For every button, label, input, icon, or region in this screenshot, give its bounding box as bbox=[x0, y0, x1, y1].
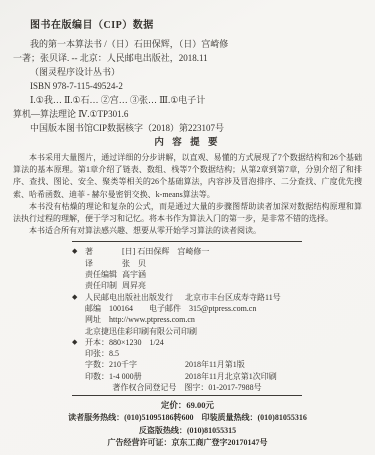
colophon-row-website: 网址 http://www.ptpress.com.cn bbox=[72, 314, 375, 325]
colophon-impression: 2018年11月北京第1次印刷 bbox=[185, 371, 277, 382]
diamond-bullet-icon: ◆ bbox=[72, 246, 85, 257]
colophon-row-author: ◆ 著 [日] 石田保辉 宫崎修一 bbox=[72, 246, 375, 257]
cip-line: （图灵程序设计丛书） bbox=[13, 65, 362, 79]
cip-line: 一著；张贝译. -- 北京：人民邮电出版社，2018.11 bbox=[13, 51, 362, 65]
price-label: 定价：69.00元 bbox=[0, 399, 375, 412]
cip-block: 我的第一本算法书 /（日）石田保辉，（日）宫崎修 一著；张贝译. -- 北京：人… bbox=[13, 37, 362, 121]
summary-title: 内 容 提 要 bbox=[0, 137, 375, 150]
summary-paragraph: 本书没有枯燥的理论和复杂的公式，而是通过大量的步骤图帮助读者加深对数据结构原理和… bbox=[13, 201, 362, 225]
colophon-text: 北京捷迅佳彩印刷有限公司印刷 bbox=[85, 326, 197, 337]
colophon-row-publisher: ◆ 人民邮电出版社出版发行 北京市丰台区成寿寺路11号 bbox=[72, 292, 375, 303]
ad-license-number: 广告经营许可证：京东工商广登字20170147号 bbox=[0, 437, 375, 450]
cip-register-number: 中国版本图书馆CIP数据核字（2018）第223107号 bbox=[30, 122, 375, 135]
cip-line: 算机—算法理论 Ⅳ.①TP301.6 bbox=[13, 107, 362, 121]
cip-line: Ⅰ.①我… Ⅱ.①石… ②宫… ③张… Ⅲ.①电子计 bbox=[13, 93, 362, 107]
diamond-bullet-icon bbox=[72, 303, 85, 314]
colophon-address: 北京市丰台区成寿寺路11号 bbox=[185, 292, 281, 303]
colophon-label: 责任编辑 bbox=[85, 269, 122, 280]
colophon-wordcount: 字数：210千字 bbox=[85, 359, 185, 370]
diamond-bullet-icon bbox=[72, 348, 85, 359]
footer-section: 定价：69.00元 读者服务热线：(010)51095186转600 印装质量热… bbox=[0, 399, 375, 450]
colophon-label: 著 bbox=[85, 246, 122, 257]
colophon-value: 周昇亮 bbox=[122, 280, 146, 291]
colophon-text: 邮编 100164 电子邮件 315@ptpress.com.cn bbox=[85, 303, 256, 314]
colophon-row-printrun-impression: 印数：1-4 000册 2018年11月北京第1次印刷 bbox=[72, 371, 375, 382]
diamond-bullet-icon bbox=[72, 258, 85, 269]
colophon-value: 高宇涵 bbox=[122, 269, 146, 280]
colophon-row-wordcount-edition: 字数：210千字 2018年11月第1版 bbox=[72, 359, 375, 370]
colophon-text: 印张：8.5 bbox=[85, 348, 119, 359]
colophon-row-copyright-registration: 著作权合同登记号 图字：01-2017-7988号 bbox=[72, 382, 375, 393]
summary-paragraph: 本书采用大量图片，通过详细的分步讲解，以直观、易懂的方式展现了7个数据结构和26… bbox=[13, 152, 362, 201]
cip-line-isbn: ISBN 978-7-115-49524-2 bbox=[13, 79, 362, 93]
colophon-value: [日] 石田保辉 宫崎修一 bbox=[122, 246, 209, 257]
diamond-bullet-icon bbox=[72, 280, 85, 291]
copyright-registration-number: 著作权合同登记号 图字：01-2017-7988号 bbox=[72, 382, 302, 393]
colophon-printrun: 印数：1-4 000册 bbox=[85, 371, 185, 382]
colophon-row-postcode-email: 邮编 100164 电子邮件 315@ptpress.com.cn bbox=[72, 303, 375, 314]
colophon-edition: 2018年11月第1版 bbox=[185, 359, 245, 370]
diamond-bullet-icon bbox=[72, 371, 85, 382]
colophon-publisher: 人民邮电出版社出版发行 bbox=[85, 292, 185, 303]
colophon-row-sheets: 印张：8.5 bbox=[72, 348, 375, 359]
diamond-bullet-icon: ◆ bbox=[72, 337, 85, 348]
divider-line-top bbox=[72, 241, 302, 242]
anti-piracy-hotline: 反盗版热线：(010)81055315 bbox=[0, 425, 375, 438]
colophon-row-editor: 责任编辑 高宇涵 bbox=[72, 269, 375, 280]
diamond-bullet-icon bbox=[72, 269, 85, 280]
cip-header: 图书在版编目（CIP）数据 bbox=[30, 19, 375, 32]
colophon-text: 网址 http://www.ptpress.com.cn bbox=[85, 314, 195, 325]
summary-section: 本书采用大量图片，通过详细的分步讲解，以直观、易懂的方式展现了7个数据结构和26… bbox=[13, 152, 362, 237]
divider-line-bottom bbox=[72, 395, 302, 396]
book-copyright-page: 图书在版编目（CIP）数据 我的第一本算法书 /（日）石田保辉，（日）宫崎修 一… bbox=[0, 0, 375, 455]
colophon-label: 责任印制 bbox=[85, 280, 122, 291]
colophon-block: ◆ 著 [日] 石田保辉 宫崎修一 译 张 贝 责任编辑 高宇涵 责任印制 周昇… bbox=[72, 246, 375, 393]
colophon-text: 开本：880×1230 1/24 bbox=[85, 337, 164, 348]
diamond-bullet-icon bbox=[72, 359, 85, 370]
colophon-value: 张 贝 bbox=[122, 258, 146, 269]
diamond-bullet-icon: ◆ bbox=[72, 292, 85, 303]
diamond-bullet-icon bbox=[72, 314, 85, 325]
colophon-label: 译 bbox=[85, 258, 122, 269]
colophon-row-print-company: 北京捷迅佳彩印刷有限公司印刷 bbox=[72, 326, 375, 337]
colophon-row-format: ◆ 开本：880×1230 1/24 bbox=[72, 337, 375, 348]
cip-line: 我的第一本算法书 /（日）石田保辉，（日）宫崎修 bbox=[13, 37, 362, 51]
colophon-row-translator: 译 张 贝 bbox=[72, 258, 375, 269]
colophon-row-printer-resp: 责任印制 周昇亮 bbox=[72, 280, 375, 291]
service-hotlines: 读者服务热线：(010)51095186转600 印装质量热线：(010)810… bbox=[0, 412, 375, 425]
diamond-bullet-icon bbox=[72, 326, 85, 337]
summary-paragraph: 本书适合所有对算法感兴趣、想要从零开始学习算法的读者阅读。 bbox=[13, 225, 362, 237]
